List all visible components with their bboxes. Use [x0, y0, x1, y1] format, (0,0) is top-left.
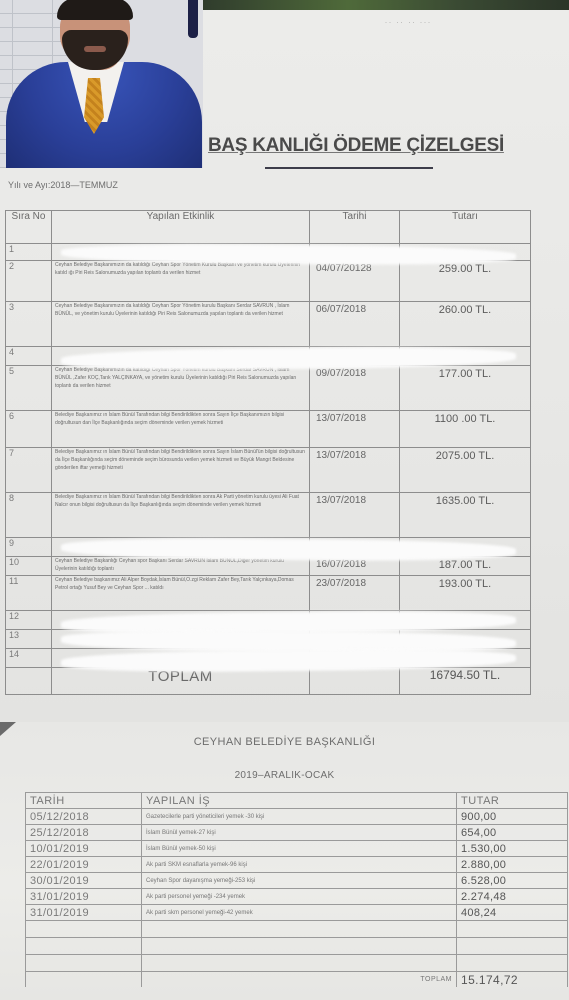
work-description: Gazetecilerle parti yöneticileri yemek -…	[142, 809, 457, 825]
row-date: 13/07/2018	[310, 411, 400, 448]
period-title: 2019–ARALIK-OCAK	[0, 770, 569, 781]
work-description: Ak parti skm personel yemeği-42 yemek	[142, 905, 457, 921]
title-underline	[265, 167, 433, 169]
row-number: 5	[6, 366, 52, 411]
row-number: 10	[6, 557, 52, 576]
row-number: 11	[6, 576, 52, 611]
mouth	[84, 46, 106, 52]
activity-description: Ceyhan Belediye Başkanımızın da katıldığ…	[52, 366, 310, 411]
col-header-amount: TUTAR	[457, 793, 568, 809]
row-amount: 193.00 TL.	[400, 576, 531, 611]
organization-title: CEYHAN BELEDİYE BAŞKANLIĞI	[0, 736, 569, 748]
row-amount: 654,00	[457, 825, 568, 841]
row-date: 09/07/2018	[310, 366, 400, 411]
table-row: 3Ceyhan Belediye Başkanımızın da katıldı…	[6, 302, 531, 347]
payment-schedule-2018-july: ·· ·· ·· ··· BAŞ KANLIĞI ÖDEME ÇİZELGESİ…	[0, 0, 569, 722]
work-description: İslam Bünül yemek-27 kişi	[142, 825, 457, 841]
row-date: 13/07/2018	[310, 448, 400, 493]
row-amount: 177.00 TL.	[400, 366, 531, 411]
row-number: 4	[6, 347, 52, 366]
total-row: TOPLAM 16794.50 TL.	[6, 668, 531, 695]
document-title: BAŞ KANLIĞI ÖDEME ÇİZELGESİ	[208, 135, 504, 157]
row-amount: 900,00	[457, 809, 568, 825]
row-amount: 2.880,00	[457, 857, 568, 873]
total-label: TOPLAM	[142, 972, 457, 988]
expense-table: TARİH YAPILAN İŞ TUTAR 05/12/2018Gazetec…	[25, 792, 568, 987]
period-label: Yılı ve Ayı:2018—TEMMUZ	[8, 180, 118, 190]
col-header-activity: Yapılan Etkinlik	[52, 211, 310, 244]
row-date: 06/07/2018	[310, 302, 400, 347]
col-header-date: Tarihi	[310, 211, 400, 244]
faint-header-text: ·· ·· ·· ···	[385, 20, 432, 26]
total-amount: 15.174,72	[457, 972, 568, 988]
expense-list-2019-dec-jan: CEYHAN BELEDİYE BAŞKANLIĞI 2019–ARALIK-O…	[0, 722, 569, 1000]
row-date: 04/07/20128	[310, 261, 400, 302]
table-row: 2Ceyhan Belediye Başkanımızın da katıldı…	[6, 261, 531, 302]
table-row: 10/01/2019İslam Bünül yemek-50 kişi1.530…	[26, 841, 568, 857]
table-row: 8Belediye Başkanımız ın İslam Bünül Tara…	[6, 493, 531, 538]
row-date: 13/07/2018	[310, 493, 400, 538]
row-number: 13	[6, 630, 52, 649]
row-number: 12	[6, 611, 52, 630]
row-date: 05/12/2018	[26, 809, 142, 825]
activity-description: Ceyhan Belediye başkanımız Ali Alper Boy…	[52, 576, 310, 611]
row-date: 30/01/2019	[26, 873, 142, 889]
hair	[57, 0, 133, 20]
table-row: 11Ceyhan Belediye başkanımız Ali Alper B…	[6, 576, 531, 611]
row-date: 10/01/2019	[26, 841, 142, 857]
portrait-photo	[0, 0, 203, 168]
row-amount: 408,24	[457, 905, 568, 921]
table-header-row: TARİH YAPILAN İŞ TUTAR	[26, 793, 568, 809]
activity-description: Ceyhan Belediye Başkanımızın da katıldığ…	[52, 302, 310, 347]
col-header-work: YAPILAN İŞ	[142, 793, 457, 809]
row-number: 7	[6, 448, 52, 493]
activity-description: Belediye Başkanımız ın İslam Bünül Taraf…	[52, 411, 310, 448]
table-row: 31/01/2019Ak parti personel yemeği -234 …	[26, 889, 568, 905]
table-row: 7Belediye Başkanımız ın İslam Bünül Tara…	[6, 448, 531, 493]
row-number: 6	[6, 411, 52, 448]
row-number: 9	[6, 538, 52, 557]
work-description: İslam Bünül yemek-50 kişi	[142, 841, 457, 857]
row-number: 8	[6, 493, 52, 538]
row-date: 23/07/2018	[310, 576, 400, 611]
row-date: 22/01/2019	[26, 857, 142, 873]
row-date: 31/01/2019	[26, 889, 142, 905]
row-amount: 1.530,00	[457, 841, 568, 857]
table-header-row: Sıra No Yapılan Etkinlik Tarihi Tutarı	[6, 211, 531, 244]
row-number: 14	[6, 649, 52, 668]
col-header-date: TARİH	[26, 793, 142, 809]
background-foliage-strip	[200, 0, 569, 10]
row-amount: 1635.00 TL.	[400, 493, 531, 538]
activity-description: Belediye Başkanımız ın İslam Bünül Taraf…	[52, 493, 310, 538]
row-amount: 1100 .00 TL.	[400, 411, 531, 448]
col-header-amount: Tutarı	[400, 211, 531, 244]
work-description: Ak parti SKM esnaflarla yemek-96 kişi	[142, 857, 457, 873]
total-row: TOPLAM15.174,72	[26, 972, 568, 988]
empty-row	[26, 938, 568, 955]
background-navy-shape	[188, 0, 198, 38]
table-row: 5Ceyhan Belediye Başkanımızın da katıldı…	[6, 366, 531, 411]
row-amount: 260.00 TL.	[400, 302, 531, 347]
table-row: 22/01/2019Ak parti SKM esnaflarla yemek-…	[26, 857, 568, 873]
row-amount: 2.274,48	[457, 889, 568, 905]
table-row: 05/12/2018Gazetecilerle parti yöneticile…	[26, 809, 568, 825]
col-header-no: Sıra No	[6, 211, 52, 244]
row-date: 25/12/2018	[26, 825, 142, 841]
row-number: 1	[6, 244, 52, 261]
table-row: 30/01/2019Ceyhan Spor dayanışma yemeği-2…	[26, 873, 568, 889]
empty-row	[26, 955, 568, 972]
paper-fold-corner	[0, 722, 16, 736]
table-row: 25/12/2018İslam Bünül yemek-27 kişi654,0…	[26, 825, 568, 841]
activity-description: Belediye Başkanımız ın İslam Bünül Taraf…	[52, 448, 310, 493]
table-row: 6Belediye Başkanımız ın İslam Bünül Tara…	[6, 411, 531, 448]
row-number: 3	[6, 302, 52, 347]
empty-row	[26, 921, 568, 938]
work-description: Ceyhan Spor dayanışma yemeği-253 kişi	[142, 873, 457, 889]
row-amount: 259.00 TL.	[400, 261, 531, 302]
work-description: Ak parti personel yemeği -234 yemek	[142, 889, 457, 905]
row-number: 2	[6, 261, 52, 302]
activity-description: Ceyhan Belediye Başkanımızın da katıldığ…	[52, 261, 310, 302]
row-amount: 2075.00 TL.	[400, 448, 531, 493]
total-amount: 16794.50 TL.	[400, 668, 531, 695]
row-amount: 6.528,00	[457, 873, 568, 889]
table-row: 31/01/2019Ak parti skm personel yemeği-4…	[26, 905, 568, 921]
row-date: 31/01/2019	[26, 905, 142, 921]
